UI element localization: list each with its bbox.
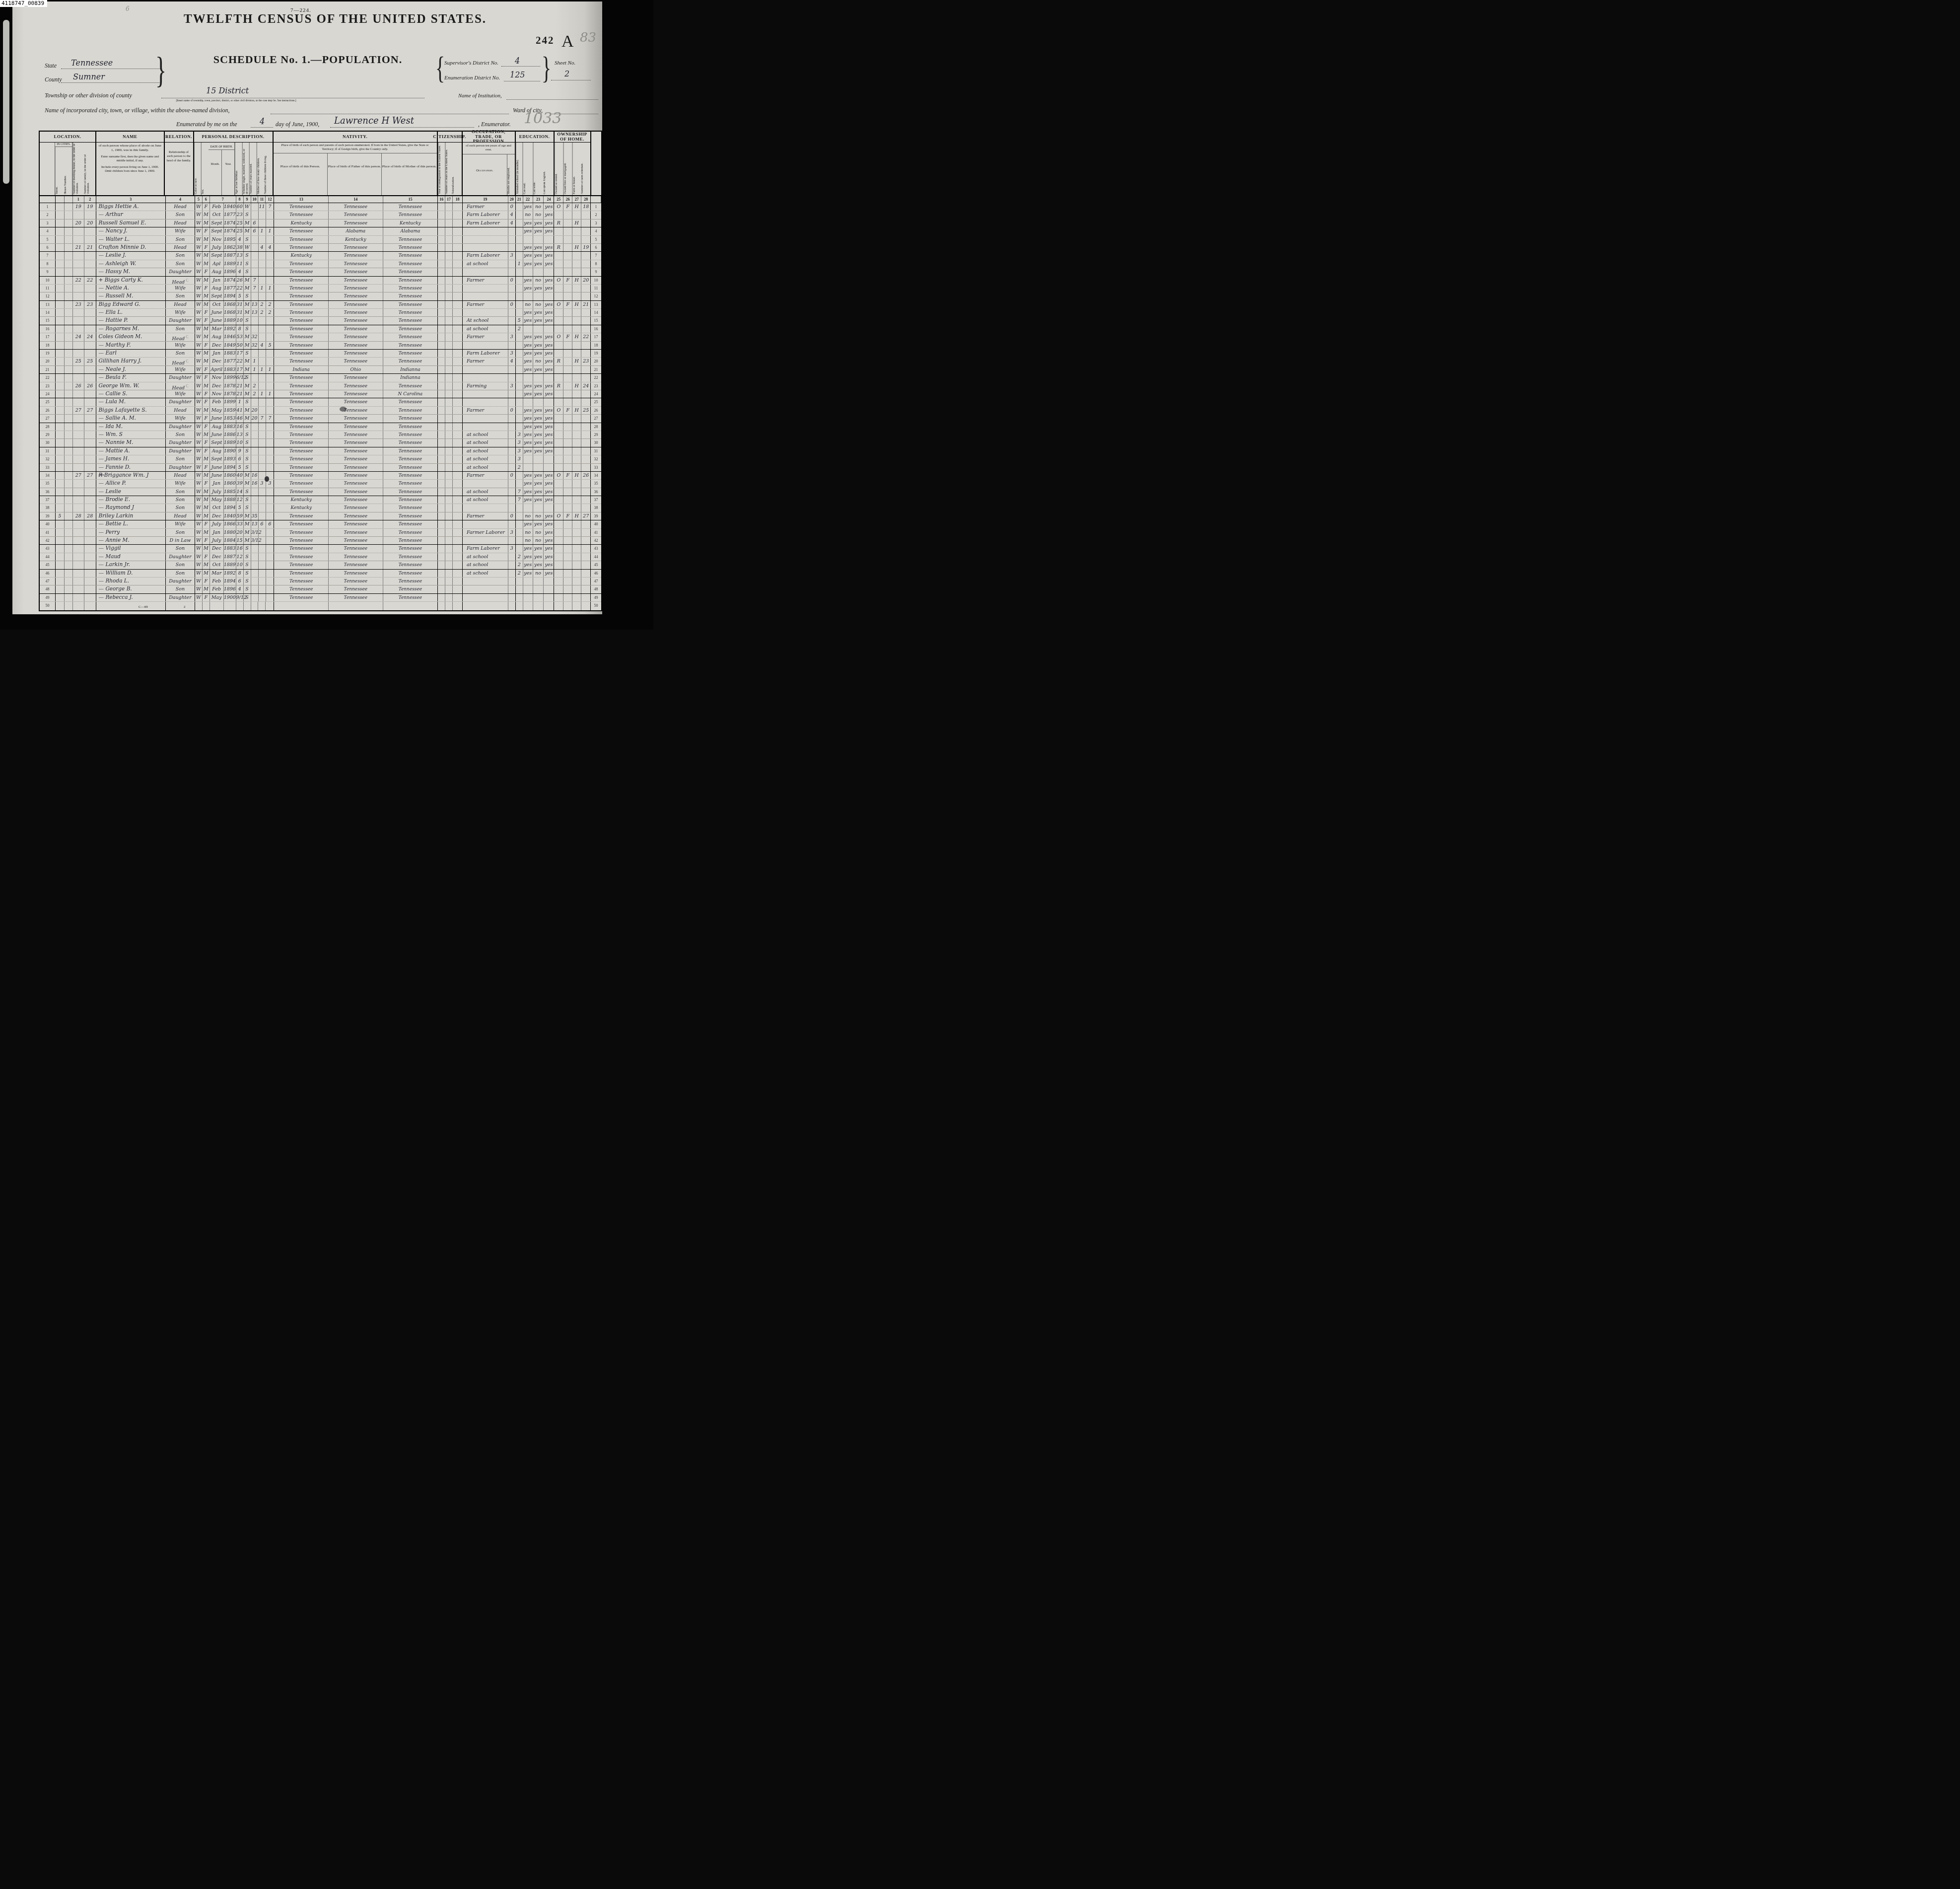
cell-name: — Wm. S (96, 431, 166, 438)
cell-farm-or-house (572, 464, 581, 471)
cell-age (236, 602, 244, 610)
cell-birth-month: April (210, 366, 224, 373)
cell-mother-birthplace: Tennessee (383, 325, 438, 333)
cell-mother-of-children (259, 358, 266, 365)
cell-can-read: yes (523, 431, 533, 438)
cell-family-number (84, 415, 96, 422)
cell-years-married (251, 585, 259, 593)
cell-children-living: 2 (266, 309, 275, 316)
cell-can-speak-english: yes (544, 439, 554, 446)
table-header: LOCATION. IN CITIES. Street. House Numbe… (40, 132, 601, 196)
cell-owned-free-or-mortgaged (563, 439, 572, 446)
cell-can-speak-english: yes (544, 366, 554, 373)
cell-attended-school (516, 578, 523, 585)
cell-farm-or-house (572, 439, 581, 446)
cell-name: — Callie S. (96, 390, 166, 398)
cell-years-married (251, 464, 259, 471)
cell-marital-status: M (244, 301, 251, 308)
cell-birth-month: Mar (210, 325, 224, 333)
cell-birthplace: Kentucky (274, 252, 329, 259)
cell-occupation: Farmer (463, 203, 508, 211)
cell-birth-year: 1884 (224, 537, 236, 544)
color-column-label: Color or race. (194, 143, 202, 195)
cell-owned-free-or-mortgaged (563, 260, 572, 268)
cell-farm-or-house: H (572, 407, 581, 414)
cell-birth-year: 1877 (224, 211, 236, 218)
cell-birthplace: Tennessee (274, 585, 329, 593)
cell-can-speak-english: yes (544, 561, 554, 569)
table-row: 25— Lula M.DaughterWFFeb18991STennesseeT… (40, 398, 601, 406)
cell-immigration-year (438, 382, 445, 390)
cell-name: — Mattie A. (96, 447, 166, 455)
cell-age: 31 (236, 309, 244, 316)
cell-farm-or-house (572, 350, 581, 357)
cell-children-living: 7 (266, 415, 275, 422)
cell-dwelling-number (73, 211, 84, 218)
cell-mother-birthplace: Tennessee (383, 277, 438, 284)
cell-age: 4 (236, 585, 244, 593)
cell-sex: M (203, 219, 210, 227)
cell-owned-free-or-mortgaged (563, 219, 572, 227)
family-number-column-label: Number of family, in the order of visita… (84, 143, 95, 195)
cell-name: — Walter L. (96, 236, 166, 243)
cell-relation (166, 602, 195, 610)
cell-naturalization (453, 382, 463, 390)
cell-marital-status: M (244, 415, 251, 422)
cell-owned-free-or-mortgaged (563, 553, 572, 561)
cell-color-race: W (195, 301, 203, 308)
years-married-column-label: Number of years married. (249, 143, 257, 195)
cell-name: — Arthur (96, 211, 166, 218)
cell-can-speak-english: yes (544, 309, 554, 316)
cell-naturalization (453, 236, 463, 243)
cell-mother-of-children: 1 (259, 366, 266, 373)
cell-color-race: W (195, 455, 203, 463)
cell-father-birthplace: Tennessee (329, 520, 383, 528)
cell-relation: Son (166, 585, 195, 593)
cell-can-read (523, 464, 533, 471)
cell-months-not-employed: 3 (508, 529, 516, 536)
sheet-letter: A (561, 32, 574, 51)
column-number: 2 (84, 196, 96, 203)
sheet-rule (551, 80, 591, 80)
column-number: 13 (274, 196, 329, 203)
cell-birth-year: 1889 (224, 439, 236, 446)
cell-years-married (251, 594, 259, 601)
cell-attended-school (516, 252, 523, 259)
table-row: 21— Neale J.WifeWFApril188317M111Indiana… (40, 366, 601, 374)
in-cities-label: IN CITIES. (55, 143, 72, 147)
cell-mother-of-children: 2 (259, 309, 266, 316)
cell-can-write: yes (533, 520, 544, 528)
cell-marital-status: S (244, 350, 251, 357)
cell-dwelling-number: 28 (73, 512, 84, 520)
cell-house-number (65, 520, 73, 528)
page-number: 242 (536, 34, 555, 47)
cell-name: — Neale J. (96, 366, 166, 373)
cell-months-not-employed: 4 (508, 358, 516, 365)
cell-age: 9 (236, 447, 244, 455)
cell-birth-year: 1877 (224, 358, 236, 365)
enumeration-rule (504, 81, 540, 81)
cell-attended-school (516, 415, 523, 422)
cell-family-number (84, 292, 96, 300)
cell-farm-or-house (572, 317, 581, 324)
cell-naturalization (453, 578, 463, 585)
cell-sex: M (203, 585, 210, 593)
cell-years-married (251, 317, 259, 324)
cell-can-speak-english: yes (544, 480, 554, 487)
institution-label: Name of Institution, (458, 93, 502, 99)
cell-years-married: 13 (251, 520, 259, 528)
cell-children-living (266, 219, 275, 227)
cell-house-number (65, 537, 73, 544)
cell-color-race: W (195, 545, 203, 552)
cell-years-in-us (445, 578, 453, 585)
cell-can-speak-english: yes (544, 415, 554, 422)
cell-color-race: W (195, 236, 203, 243)
line-number-right: 18 (591, 342, 601, 349)
column-number: 7 (210, 196, 236, 203)
cell-house-number (65, 472, 73, 479)
cell-can-speak-english (544, 464, 554, 471)
cell-name: — Allice P. (96, 480, 166, 487)
cell-house-number (65, 382, 73, 390)
cell-sex: F (203, 398, 210, 406)
cell-children-living (266, 325, 275, 333)
cell-months-not-employed (508, 398, 516, 406)
cell-farm-schedule (581, 585, 591, 593)
cell-birth-month: Aug (210, 333, 224, 341)
cell-house-number (65, 211, 73, 218)
cell-name: — Bettie L. (96, 520, 166, 528)
cell-naturalization (453, 520, 463, 528)
table-row: 8— Ashleigh W.SonWMApl188911STennesseeTe… (40, 260, 601, 268)
cell-relation: Son (166, 292, 195, 300)
cell-age: 16 (236, 423, 244, 431)
relation-instruction: Relationship of each person to the head … (165, 143, 193, 195)
cell-can-write (533, 464, 544, 471)
header-group-occupation: OCCUPATION, TRADE, OR PROFESSION of each… (463, 132, 516, 195)
cell-marital-status: S (244, 585, 251, 593)
cell-family-number (84, 570, 96, 577)
cell-owned-or-rented (554, 292, 563, 300)
cell-attended-school (516, 545, 523, 552)
cell-attended-school (516, 602, 523, 610)
cell-occupation (463, 398, 508, 406)
cell-dwelling-number: 25 (73, 358, 84, 365)
cell-owned-free-or-mortgaged (563, 366, 572, 373)
cell-age: 6 (236, 455, 244, 463)
cell-farm-schedule (581, 553, 591, 561)
cell-mother-birthplace: Tennessee (383, 439, 438, 446)
cell-owned-free-or-mortgaged (563, 382, 572, 390)
cell-farm-or-house (572, 585, 581, 593)
cell-owned-or-rented: R (554, 382, 563, 390)
occupation-title: OCCUPATION, TRADE, OR PROFESSION (463, 132, 515, 143)
cell-birthplace: Tennessee (274, 464, 329, 471)
cell-father-birthplace: Ohio (329, 366, 383, 373)
cell-street (56, 439, 65, 446)
cell-mother-of-children (259, 423, 266, 431)
line-number-right: 36 (591, 488, 601, 496)
cell-marital-status: S (244, 570, 251, 577)
cell-months-not-employed (508, 553, 516, 561)
cell-birth-month: Jan (210, 529, 224, 536)
cell-attended-school (516, 277, 523, 284)
cell-marital-status: M (244, 285, 251, 292)
cell-age: 22 (236, 285, 244, 292)
header-group-ownership: OWNERSHIP OF HOME. Owned or rented. Owne… (555, 132, 591, 195)
cell-house-number (65, 374, 73, 381)
cell-can-read: yes (523, 219, 533, 227)
line-number-right: 50 (591, 602, 601, 610)
cell-street (56, 390, 65, 398)
census-scan: 4118747_00839 7—224. 6 TWELFTH CENSUS OF… (0, 0, 653, 630)
cell-children-living (266, 317, 275, 324)
cell-house-number (65, 496, 73, 504)
pencil-number: 1033 (524, 110, 561, 127)
cell-dwelling-number (73, 398, 84, 406)
cell-years-in-us (445, 512, 453, 520)
cell-street (56, 252, 65, 259)
cell-children-living (266, 268, 275, 276)
cell-mother-of-children (259, 545, 266, 552)
cell-can-write: yes (533, 545, 544, 552)
cell-years-in-us (445, 480, 453, 487)
cell-street (56, 211, 65, 218)
cell-birth-month: Dec (210, 358, 224, 365)
cell-naturalization (453, 317, 463, 324)
cell-owned-or-rented (554, 578, 563, 585)
cell-years-in-us (445, 292, 453, 300)
cell-street (56, 545, 65, 552)
cell-years-married (251, 244, 259, 251)
cell-children-living (266, 594, 275, 601)
cell-sex: M (203, 504, 210, 511)
column-number (591, 196, 601, 203)
cell-age: 10 (236, 439, 244, 446)
cell-color-race: W (195, 594, 203, 601)
cell-immigration-year (438, 480, 445, 487)
cell-occupation: at school (463, 561, 508, 569)
cell-months-not-employed (508, 317, 516, 324)
cell-years-in-us (445, 317, 453, 324)
cell-mother-birthplace: Tennessee (383, 480, 438, 487)
cell-mother-of-children (259, 333, 266, 341)
cell-can-read: no (523, 211, 533, 218)
cell-house-number (65, 512, 73, 520)
cell-naturalization (453, 285, 463, 292)
cell-birth-month: Aug (210, 423, 224, 431)
cell-name: Biggs Lafayette S. (96, 407, 166, 414)
cell-attended-school (516, 472, 523, 479)
cell-age: 21 (236, 390, 244, 398)
cell-mother-of-children (259, 260, 266, 268)
table-row: 32020Russell Samuel E.HeadWMSept187425M6… (40, 219, 601, 227)
line-number-right: 6 (591, 244, 601, 251)
line-number: 22 (40, 374, 56, 381)
cell-years-married (251, 545, 259, 552)
cell-naturalization (453, 431, 463, 438)
line-number: 46 (40, 570, 56, 577)
line-number-right: 32 (591, 455, 601, 463)
cell-attended-school (516, 301, 523, 308)
cell-street (56, 496, 65, 504)
cell-family-number (84, 431, 96, 438)
cell-immigration-year (438, 415, 445, 422)
cell-can-read: yes (523, 203, 533, 211)
cell-dwelling-number (73, 529, 84, 536)
line-number: 8 (40, 260, 56, 268)
cell-can-speak-english: yes (544, 342, 554, 349)
column-number: 16 (438, 196, 445, 203)
cell-immigration-year (438, 358, 445, 365)
cell-years-married (251, 578, 259, 585)
enumeration-district-value: 125 (510, 70, 525, 79)
cell-marital-status: S (244, 545, 251, 552)
cell-naturalization (453, 512, 463, 520)
cell-can-speak-english: yes (544, 537, 554, 544)
cell-years-in-us (445, 390, 453, 398)
cell-age: 14 (236, 488, 244, 496)
cell-street (56, 260, 65, 268)
line-number: 40 (40, 520, 56, 528)
cell-house-number (65, 309, 73, 316)
cell-birth-month: Sept (210, 252, 224, 259)
page-title: TWELFTH CENSUS OF THE UNITED STATES. (184, 12, 447, 26)
cell-birth-month: Nov (210, 374, 224, 381)
cell-birthplace: Tennessee (274, 529, 329, 536)
cell-owned-free-or-mortgaged (563, 317, 572, 324)
cell-occupation (463, 415, 508, 422)
cell-mother-birthplace: Tennessee (383, 211, 438, 218)
cell-house-number (65, 358, 73, 365)
cell-naturalization (453, 227, 463, 235)
cell-sex: M (203, 472, 210, 479)
cell-years-in-us (445, 602, 453, 610)
cell-sex: M (203, 350, 210, 357)
line-number-right: 21 (591, 366, 601, 373)
cell-children-living: 7 (266, 203, 275, 211)
column-number: 4 (166, 196, 195, 203)
cell-house-number (65, 219, 73, 227)
cell-dwelling-number (73, 585, 84, 593)
cell-street (56, 244, 65, 251)
cell-can-write: no (533, 211, 544, 218)
cell-birth-year: 1892 (224, 570, 236, 577)
cell-father-birthplace: Tennessee (329, 585, 383, 593)
cell-owned-free-or-mortgaged (563, 431, 572, 438)
cell-immigration-year (438, 203, 445, 211)
cell-occupation: Farmer Laborer (463, 529, 508, 536)
cell-father-birthplace: Tennessee (329, 244, 383, 251)
cell-color-race: W (195, 285, 203, 292)
column-number: 5 (195, 196, 203, 203)
cell-mother-birthplace: Tennessee (383, 512, 438, 520)
cell-occupation: at school (463, 260, 508, 268)
cell-occupation: At school (463, 317, 508, 324)
cell-naturalization (453, 407, 463, 414)
cell-father-birthplace: Tennessee (329, 570, 383, 577)
cell-farm-or-house (572, 529, 581, 536)
cell-father-birthplace: Tennessee (329, 350, 383, 357)
cell-family-number (84, 594, 96, 601)
line-number-right: 3 (591, 219, 601, 227)
cell-children-living (266, 585, 275, 593)
children-living-column-label: Number of these children living. (264, 143, 273, 195)
speak-english-column-label: Can speak English. (543, 143, 553, 195)
cell-owned-or-rented (554, 570, 563, 577)
cell-months-not-employed: 3 (508, 350, 516, 357)
cell-color-race: W (195, 423, 203, 431)
cell-farm-or-house: H (572, 512, 581, 520)
cell-farm-schedule: 27 (581, 512, 591, 520)
cell-birth-year (224, 602, 236, 610)
cell-farm-schedule (581, 268, 591, 276)
cell-relation: Son (166, 488, 195, 496)
line-number-right: 20 (591, 358, 601, 365)
cell-sex: M (203, 431, 210, 438)
cell-can-speak-english: yes (544, 431, 554, 438)
cell-can-speak-english: yes (544, 227, 554, 235)
cell-months-not-employed (508, 423, 516, 431)
line-number: 41 (40, 529, 56, 536)
cell-immigration-year (438, 268, 445, 276)
cell-relation: Daughter (166, 423, 195, 431)
cell-mother-of-children (259, 382, 266, 390)
line-number-right: 37 (591, 496, 601, 504)
cell-attended-school (516, 227, 523, 235)
cell-birthplace: Tennessee (274, 423, 329, 431)
table-row: 41— PerrySonWMJan188020M3/12TennesseeTen… (40, 529, 601, 537)
cell-can-write: no (533, 529, 544, 536)
cell-owned-free-or-mortgaged (563, 309, 572, 316)
cell-can-write: yes (533, 561, 544, 569)
cell-birth-month: May (210, 407, 224, 414)
cell-birth-year: 1896 (224, 585, 236, 593)
cell-marital-status: M (244, 537, 251, 544)
years-in-us-column-label: Number of years in the United States. (445, 143, 452, 195)
cell-years-married (251, 260, 259, 268)
cell-marital-status: S (244, 236, 251, 243)
cell-farm-or-house (572, 390, 581, 398)
table-row: 19— EarlSonWMJan188317STennesseeTennesse… (40, 350, 601, 358)
cell-dwelling-number: 24 (73, 333, 84, 341)
cell-house-number (65, 594, 73, 601)
cell-color-race: W (195, 350, 203, 357)
nativity-note: Place of birth of each person and parent… (274, 143, 437, 153)
cell-birth-month: Sept (210, 227, 224, 235)
cell-sex: F (203, 439, 210, 446)
cell-farm-schedule: 20 (581, 277, 591, 284)
cell-dwelling-number (73, 480, 84, 487)
cell-can-write (533, 292, 544, 300)
cell-farm-schedule (581, 464, 591, 471)
cell-owned-or-rented: R (554, 358, 563, 365)
cell-children-living (266, 578, 275, 585)
cell-street (56, 342, 65, 349)
cell-months-not-employed (508, 561, 516, 569)
cell-family-number (84, 553, 96, 561)
naturalization-column-label: Naturalization. (452, 143, 461, 195)
cell-family-number (84, 480, 96, 487)
cell-farm-schedule: 19 (581, 244, 591, 251)
cell-attended-school: 1 (516, 260, 523, 268)
cell-sex: F (203, 317, 210, 324)
cell-sex: M (203, 236, 210, 243)
cell-immigration-year (438, 520, 445, 528)
